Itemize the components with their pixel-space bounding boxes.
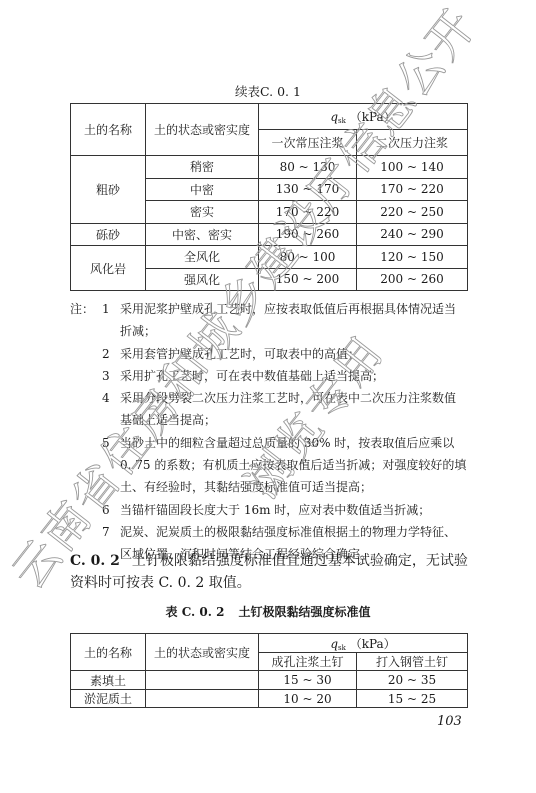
table1-caption: 续表C. 0. 1	[0, 82, 536, 100]
cell-value: 200 ~ 260	[357, 268, 468, 291]
note-number: 4	[102, 387, 110, 409]
note-line: 采用分段劈裂二次压力注浆工艺时，可在表中二次压力注浆数值	[120, 387, 470, 409]
cell-value: 150 ~ 200	[259, 268, 357, 291]
note-number: 3	[102, 365, 110, 387]
note-line: 折减；	[120, 320, 470, 342]
note-line: 泥炭、泥炭质土的极限黏结强度标准值根据土的物理力学特征、	[120, 521, 470, 543]
note-item: 3 采用扩孔工艺时，可在表中数值基础上适当提高；	[70, 365, 470, 387]
cell-value: 15 ~ 30	[259, 671, 357, 690]
header-soil-name: 土的名称	[71, 104, 146, 156]
note-number: 5	[102, 432, 110, 454]
table-row: 素填土 15 ~ 30 20 ~ 35	[71, 671, 468, 690]
cell-value: 10 ~ 20	[259, 690, 357, 708]
header-soil-name: 土的名称	[71, 634, 146, 671]
cell-soil-name: 砾砂	[71, 223, 146, 246]
cell-state: 稍密	[146, 156, 259, 179]
table-notes: 注： 1 采用泥浆护壁成孔工艺时，应按表取低值后再根据具体情况适当 折减； 2 …	[70, 298, 470, 566]
note-line: 采用套管护壁成孔工艺时，可取表中的高值；	[120, 343, 470, 365]
note-item: 5 当砂土中的细粒含量超过总质量的 30% 时，按表取值后应乘以 0. 75 的…	[70, 432, 470, 499]
note-line: 土、有经验时，其黏结强度标准值可适当提高；	[120, 476, 470, 498]
clause-text: 土钉极限黏结强度标准值宜通过基本试验确定，无试验	[132, 553, 468, 569]
cell-value: 220 ~ 250	[357, 201, 468, 224]
cell-value: 170 ~ 220	[259, 201, 357, 224]
note-item: 4 采用分段劈裂二次压力注浆工艺时，可在表中二次压力注浆数值 基础上适当提高；	[70, 387, 470, 432]
cell-soil-name: 粗砂	[71, 156, 146, 224]
cell-state	[146, 690, 259, 708]
note-line: 基础上适当提高；	[120, 409, 470, 431]
cell-value: 240 ~ 290	[357, 223, 468, 246]
cell-value: 120 ~ 150	[357, 246, 468, 269]
cell-state: 全风化	[146, 246, 259, 269]
cell-value: 170 ~ 220	[357, 178, 468, 201]
cell-value: 20 ~ 35	[357, 671, 468, 690]
header-qsk: qsk （kPa）	[259, 634, 468, 653]
header-qsk: qsk （kPa）	[259, 104, 468, 130]
note-line: 采用扩孔工艺时，可在表中数值基础上适当提高；	[120, 365, 470, 387]
note-number: 7	[102, 521, 110, 543]
clause-id: C. 0. 2	[70, 553, 120, 569]
table-row: 砾砂 中密、密实 190 ~ 260 240 ~ 290	[71, 223, 468, 246]
table-c02: 土的名称 土的状态或密实度 qsk （kPa） 成孔注浆土钉 打入钢管土钉 素填…	[70, 633, 468, 708]
clause-c02: C. 0. 2土钉极限黏结强度标准值宜通过基本试验确定，无试验 资料时可按表 C…	[70, 550, 470, 594]
note-item: 2 采用套管护壁成孔工艺时，可取表中的高值；	[70, 343, 470, 365]
cell-soil-name: 淤泥质土	[71, 690, 146, 708]
header-soil-state: 土的状态或密实度	[146, 634, 259, 671]
document-page: 续表C. 0. 1 土的名称 土的状态或密实度 qsk （kPa） 一次常压注浆…	[0, 0, 536, 793]
note-item: 6 当锚杆锚固段长度大于 16m 时，应对表中数值适当折减；	[70, 499, 470, 521]
table-row: 粗砂 稍密 80 ~ 130 100 ~ 140	[71, 156, 468, 179]
note-line: 当锚杆锚固段长度大于 16m 时，应对表中数值适当折减；	[120, 499, 470, 521]
cell-value: 100 ~ 140	[357, 156, 468, 179]
note-line: 采用泥浆护壁成孔工艺时，应按表取低值后再根据具体情况适当	[120, 298, 470, 320]
page-number: 103	[437, 714, 462, 729]
cell-value: 130 ~ 170	[259, 178, 357, 201]
header-soil-state: 土的状态或密实度	[146, 104, 259, 156]
header-driven-steel-pipe-nail: 打入钢管土钉	[357, 653, 468, 671]
table-row: 淤泥质土 10 ~ 20 15 ~ 25	[71, 690, 468, 708]
note-number: 6	[102, 499, 110, 521]
note-number: 1	[102, 298, 110, 320]
notes-label: 注：	[70, 298, 94, 320]
note-item: 注： 1 采用泥浆护壁成孔工艺时，应按表取低值后再根据具体情况适当 折减；	[70, 298, 470, 343]
cell-soil-name: 风化岩	[71, 246, 146, 291]
cell-state: 中密、密实	[146, 223, 259, 246]
cell-value: 190 ~ 260	[259, 223, 357, 246]
cell-state	[146, 671, 259, 690]
note-number: 2	[102, 343, 110, 365]
header-single-grouting: 一次常压注浆	[259, 130, 357, 156]
note-line: 0. 75 的系数；有机质土应按表取值后适当折减；对强度较好的填	[120, 454, 470, 476]
cell-state: 强风化	[146, 268, 259, 291]
cell-value: 80 ~ 130	[259, 156, 357, 179]
table2-caption: 表 C. 0. 2土钉极限黏结强度标准值	[0, 603, 536, 620]
header-grouted-nail: 成孔注浆土钉	[259, 653, 357, 671]
header-secondary-grouting: 二次压力注浆	[357, 130, 468, 156]
cell-state: 密实	[146, 201, 259, 224]
cell-value: 15 ~ 25	[357, 690, 468, 708]
cell-value: 80 ~ 100	[259, 246, 357, 269]
clause-text: 资料时可按表 C. 0. 2 取值。	[70, 572, 470, 594]
table-row: 风化岩 全风化 80 ~ 100 120 ~ 150	[71, 246, 468, 269]
cell-state: 中密	[146, 178, 259, 201]
cell-soil-name: 素填土	[71, 671, 146, 690]
table-c01-continued: 土的名称 土的状态或密实度 qsk （kPa） 一次常压注浆 二次压力注浆 粗砂…	[70, 103, 468, 291]
note-line: 当砂土中的细粒含量超过总质量的 30% 时，按表取值后应乘以	[120, 432, 470, 454]
